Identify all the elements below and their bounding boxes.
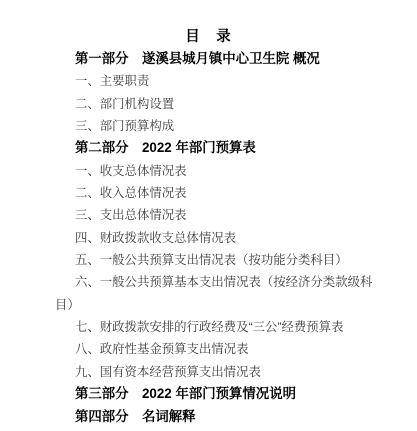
toc-section-heading: 第一部分 遂溪县城月镇中心卫生院 概况 bbox=[55, 48, 393, 70]
page-title: 目 录 bbox=[0, 27, 417, 48]
toc-item: 九、国有资本经营预算支出情况表 bbox=[55, 361, 393, 383]
toc-item: 三、支出总体情况表 bbox=[55, 204, 393, 226]
toc-section-heading: 第三部分 2022 年部门预算情况说明 bbox=[55, 383, 393, 405]
toc-item: 六、一般公共预算基本支出情况表（按经济分类款级科 bbox=[55, 271, 393, 293]
toc-item: 三、部门预算构成 bbox=[55, 115, 393, 137]
toc-item-continuation: 目） bbox=[55, 294, 393, 316]
toc-item: 一、主要职责 bbox=[55, 70, 393, 92]
toc-item: 二、部门机构设置 bbox=[55, 93, 393, 115]
toc-item: 五、一般公共预算支出情况表（按功能分类科目） bbox=[55, 249, 393, 271]
toc-item: 一、收支总体情况表 bbox=[55, 160, 393, 182]
toc-section-heading: 第二部分 2022 年部门预算表 bbox=[55, 137, 393, 159]
toc-item: 七、财政拨款安排的行政经费及“三公”经费预算表 bbox=[55, 316, 393, 338]
toc-section-heading: 第四部分 名词解释 bbox=[55, 406, 393, 428]
toc-item: 四、财政拨款收支总体情况表 bbox=[55, 227, 393, 249]
toc-item: 二、收入总体情况表 bbox=[55, 182, 393, 204]
toc-lines: 第一部分 遂溪县城月镇中心卫生院 概况一、主要职责二、部门机构设置三、部门预算构… bbox=[55, 48, 393, 428]
toc-page: 目 录 第一部分 遂溪县城月镇中心卫生院 概况一、主要职责二、部门机构设置三、部… bbox=[0, 0, 417, 431]
toc-item: 八、政府性基金预算支出情况表 bbox=[55, 338, 393, 360]
